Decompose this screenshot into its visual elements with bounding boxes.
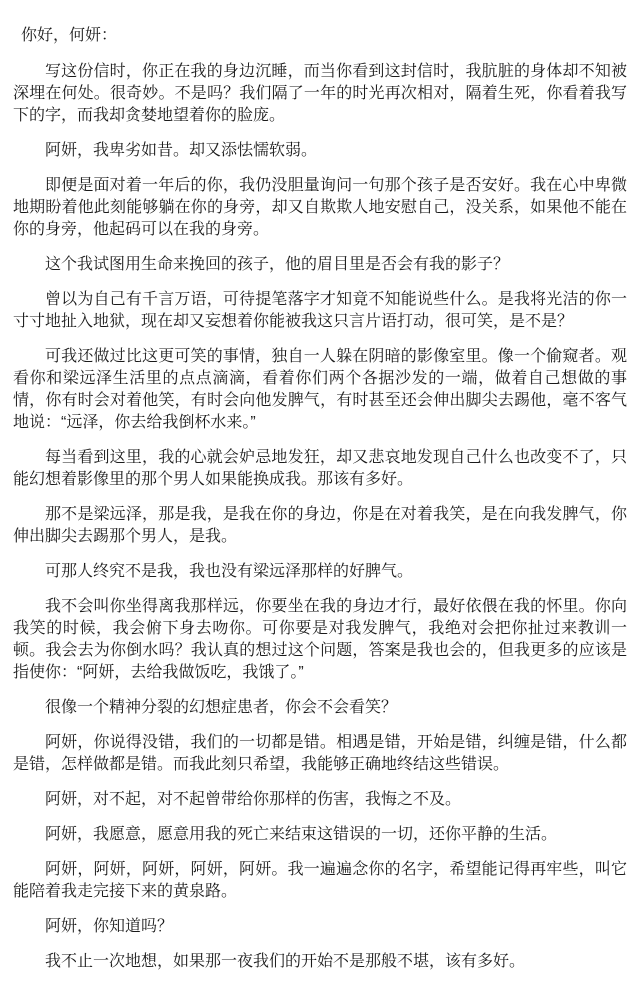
letter-paragraph: 可我还做过比这更可笑的事情，独自一人躲在阴暗的影像室里。像一个偷窥者。观看你和梁…: [13, 346, 627, 434]
letter-paragraph: 可那人终究不是我，我也没有梁远泽那样的好脾气。: [13, 561, 627, 583]
letter-paragraph: 阿妍，我卑劣如昔。却又添怯懦软弱。: [13, 140, 627, 162]
letter-paragraph: 每当看到这里，我的心就会妒忌地发狂，却又悲哀地发现自己什么也改变不了，只能幻想着…: [13, 447, 627, 491]
letter-paragraph: 我不止一次地想，如果那一夜我们的开始不是那般不堪，该有多好。: [13, 951, 627, 973]
letter-paragraph: 曾以为自己有千言万语，可待提笔落字才知竟不知能说些什么。是我将光洁的你一寸寸地扯…: [13, 289, 627, 333]
letter-paragraph: 阿妍，阿妍，阿妍，阿妍，阿妍。我一遍遍念你的名字，希望能记得再牢些，叫它能陪着我…: [13, 859, 627, 903]
letter-paragraph: 阿妍，我愿意，愿意用我的死亡来结束这错误的一切，还你平静的生活。: [13, 824, 627, 846]
letter-greeting: 你好，何妍：: [13, 25, 627, 47]
letter-document: 你好，何妍： 写这份信时，你正在我的身边沉睡，而当你看到这封信时，我肮脏的身体却…: [0, 0, 640, 1008]
letter-paragraph: 写这份信时，你正在我的身边沉睡，而当你看到这封信时，我肮脏的身体却不知被深埋在何…: [13, 61, 627, 127]
letter-paragraph: 阿妍，对不起，对不起曾带给你那样的伤害，我悔之不及。: [13, 789, 627, 811]
letter-paragraph: 那不是梁远泽，那是我，是我在你的身边，你是在对着我笑，是在向我发脾气，你伸出脚尖…: [13, 504, 627, 548]
letter-paragraph: 我不会叫你坐得离我那样远，你要坐在我的身边才行，最好依偎在我的怀里。你向我笑的时…: [13, 596, 627, 684]
letter-paragraph: 这个我试图用生命来挽回的孩子，他的眉目里是否会有我的影子？: [13, 254, 627, 276]
letter-paragraph: 阿妍，你说得没错，我们的一切都是错。相遇是错，开始是错，纠缠是错，什么都是错，怎…: [13, 732, 627, 776]
letter-paragraph: 很像一个精神分裂的幻想症患者，你会不会看笑？: [13, 697, 627, 719]
letter-paragraph: 即便是面对着一年后的你，我仍没胆量询问一句那个孩子是否安好。我在心中卑微地期盼着…: [13, 175, 627, 241]
letter-paragraph: 阿妍，你知道吗？: [13, 916, 627, 938]
letter-body: 写这份信时，你正在我的身边沉睡，而当你看到这封信时，我肮脏的身体却不知被深埋在何…: [13, 61, 627, 973]
